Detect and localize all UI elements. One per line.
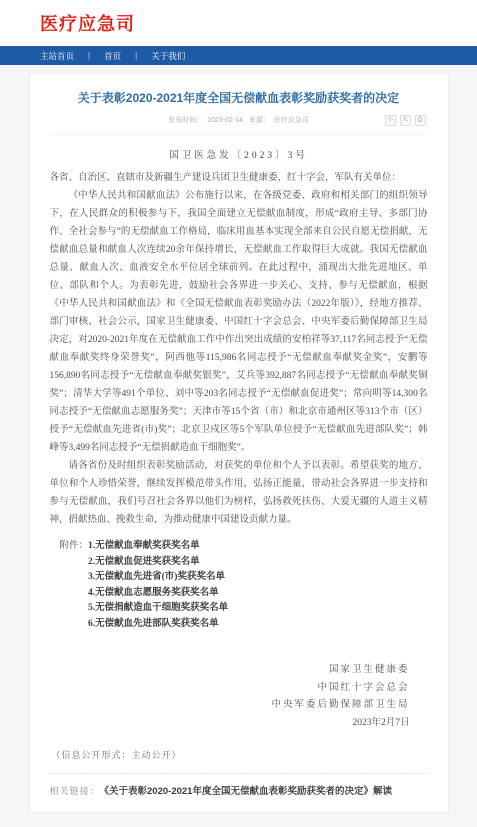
attachments-block: 附件： 1.无偿献血奉献奖获奖名单 2.无偿献血促进奖获奖名单 3.无偿献血先进… [50, 539, 428, 632]
attachment-item: 2.无偿献血促进奖获奖名单 [88, 555, 228, 571]
attachment-link[interactable]: 无偿献血先进省(市)奖获奖名单 [95, 572, 225, 582]
site-header: 医疗应急司 [0, 0, 477, 46]
nav-item-home[interactable]: 首页 [104, 50, 121, 62]
document-body: 各省、自治区、直辖市及新疆生产建设兵团卫生健康委，红十字会，军队有关单位： 《中… [50, 169, 428, 529]
signing-org: 中央军委后勤保障部卫生局 [50, 697, 410, 715]
article-card: 关于表彰2020-2021年度全国无偿献血表彰奖励获奖者的决定 发布时间：202… [29, 73, 449, 813]
main-nav: 主站首页 | 首页 | 关于我们 [0, 46, 477, 65]
attachments-list: 1.无偿献血奉献奖获奖名单 2.无偿献血促进奖获奖名单 3.无偿献血先进省(市)… [88, 539, 228, 632]
print-icon[interactable]: ⎙ [415, 115, 426, 126]
nav-separator: | [88, 51, 90, 60]
attachment-item: 1.无偿献血奉献奖获奖名单 [88, 539, 228, 555]
attachment-link[interactable]: 无偿献血先进部队奖获奖名单 [95, 619, 219, 629]
site-logo[interactable]: 医疗应急司 [40, 10, 135, 36]
related-links-label: 相关链接： [50, 784, 100, 797]
page-main: 关于表彰2020-2021年度全国无偿献血表彰奖励获奖者的决定 发布时间：202… [0, 65, 477, 827]
salutation-paragraph: 各省、自治区、直辖市及新疆生产建设兵团卫生健康委，红十字会，军队有关单位： [50, 169, 428, 187]
source-value: 医疗应急司 [274, 117, 309, 124]
signature-date: 2023年2月7日 [50, 715, 410, 733]
disclosure-note: （信息公开形式：主动公开） [50, 748, 428, 761]
publish-time-value: 2023-02-14 [207, 117, 243, 124]
attachment-item: 6.无偿献血先进部队奖获奖名单 [88, 617, 228, 633]
signing-org: 中国红十字会总会 [50, 680, 410, 698]
body-paragraph: 请各省份及时组织表彰奖励活动，对获奖的单位和个人予以表彰。希望获奖的地方、单位和… [50, 457, 428, 529]
nav-item-main-home[interactable]: 主站首页 [40, 50, 74, 62]
signing-org: 国家卫生健康委 [50, 662, 410, 680]
nav-separator: | [135, 51, 137, 60]
attachment-item: 4.无偿献血志愿服务奖获奖名单 [88, 586, 228, 602]
font-larger-icon[interactable]: 大 [400, 115, 411, 126]
attachment-link[interactable]: 无偿献血志愿服务奖获奖名单 [95, 588, 219, 598]
publish-time-label: 发布时间： [168, 117, 203, 124]
attachments-label: 附件： [60, 539, 89, 632]
source-label: 来源： [249, 117, 270, 124]
related-links-block: 相关链接： 《关于表彰2020-2021年度全国无偿献血表彰奖励获奖者的决定》解… [50, 773, 428, 798]
attachment-link[interactable]: 无偿献血奉献奖获奖名单 [95, 541, 200, 551]
page-title: 关于表彰2020-2021年度全国无偿献血表彰奖励获奖者的决定 [58, 90, 420, 107]
font-smaller-icon[interactable]: 小 [385, 115, 396, 126]
related-article-link[interactable]: 《关于表彰2020-2021年度全国无偿献血表彰奖励获奖者的决定》解读 [100, 785, 392, 798]
signature-block: 国家卫生健康委 中国红十字会总会 中央军委后勤保障部卫生局 2023年2月7日 [50, 662, 428, 732]
attachment-link[interactable]: 无偿献血促进奖获奖名单 [95, 557, 200, 567]
attachment-item: 3.无偿献血先进省(市)奖获奖名单 [88, 570, 228, 586]
article-toolbar: 小 大 ⎙ [385, 115, 426, 126]
nav-item-about[interactable]: 关于我们 [151, 50, 185, 62]
attachment-link[interactable]: 无偿捐献造血干细胞奖获奖名单 [95, 603, 228, 613]
body-paragraph: 《中华人民共和国献血法》公布施行以来，在各级党委、政府和相关部门的组织领导下，在… [50, 187, 428, 457]
document-number: 国卫医急发〔2023〕3号 [50, 147, 428, 161]
attachment-item: 5.无偿捐献造血干细胞奖获奖名单 [88, 601, 228, 617]
article-meta: 发布时间：2023-02-14 来源：医疗应急司 小 大 ⎙ [50, 115, 428, 135]
